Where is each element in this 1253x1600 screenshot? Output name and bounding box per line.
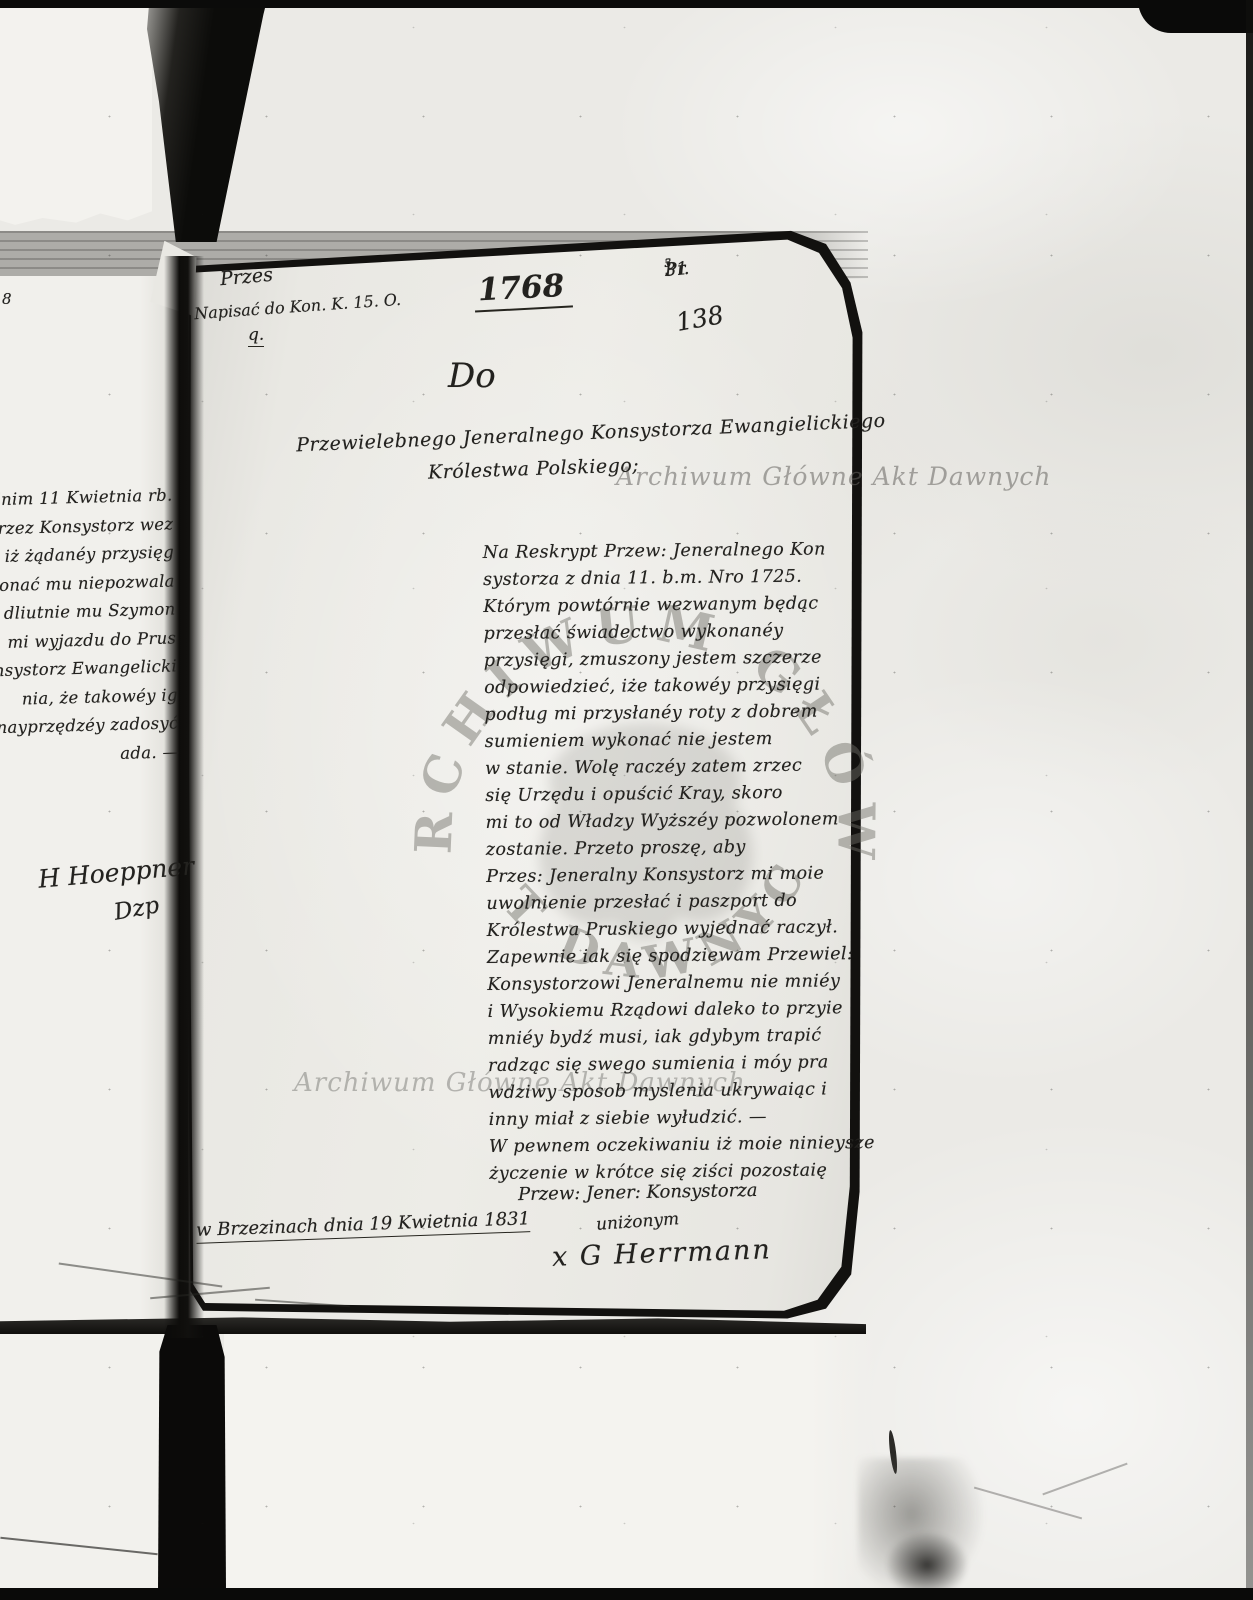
handwritten-line: w stanie. Wolę raczéy zatem zrzec [485, 752, 871, 783]
handwritten-line: inny miał z siebie wyłudzić. — [489, 1103, 875, 1134]
handwritten-line: Konsystorzowi Jeneralnemu nie mniéy [487, 968, 873, 999]
archive-watermark-text: Archiwum Główne Akt Dawnych [616, 462, 1052, 491]
left-page-mark: 8 [2, 290, 12, 308]
handwritten-line: podług mi przysłanéy roty z dobrem [484, 698, 870, 729]
handwritten-line: przysięgi, zmuszony jestem szczerze [484, 644, 870, 675]
left-page-lines: dnim 11 Kwietnia rb.przez Konsystorz wez… [0, 481, 180, 775]
handwritten-line: Którym powtórnie wezwanym będąc [483, 590, 869, 621]
bottom-left-page-fragment [0, 1331, 164, 1589]
reference-year: 31 [664, 258, 689, 281]
registrar-note-line3: q. [248, 325, 264, 347]
left-page-fragment [0, 276, 179, 1330]
handwritten-line: mniéy bydź musi, iak gdybym trapić [488, 1022, 874, 1053]
handwritten-line: zostanie. Przeto proszę, aby [486, 833, 872, 864]
handwritten-line: radząc się swego sumienia i móy pra [488, 1049, 874, 1080]
archival-scan: • ARCHIWUM GŁÓWNE AKT DAWNYCH Archiwum G… [0, 0, 1253, 1600]
document-number: 1768 [473, 267, 573, 312]
handwritten-line: Zapewnie iak się spodziewam Przewiel: [487, 941, 873, 972]
photo-frame-top [0, 0, 1253, 8]
letter-body: Na Reskrypt Przew: Jeneralnego Konsystor… [483, 536, 876, 1188]
handwritten-line: mi to od Władzy Wyższéy pozwolonem [485, 806, 871, 837]
top-left-page-fragment [0, 6, 152, 234]
handwritten-line: się Urzędu i opuścić Kray, skoro [485, 779, 871, 810]
handwritten-line: wdziwy sposob myslenia ukrywaiąc i [488, 1076, 874, 1107]
photo-frame-right [1246, 0, 1253, 1600]
handwritten-line: przesłać świadectwo wykonanéy [483, 617, 869, 648]
letter-closing-formula: Przew: Jener: Konsystorza [518, 1180, 758, 1205]
photo-frame-bottom [0, 1588, 1253, 1600]
registrar-note-line1: Przes [219, 264, 274, 291]
center-gutter-shadow [164, 256, 204, 1338]
handwritten-line: Przes: Jeneralny Konsystorz mi moie [486, 860, 872, 891]
bottom-gutter-shadow [158, 1325, 226, 1591]
photo-frame-corner-blob [1138, 0, 1253, 33]
handwritten-line: uwolnienie przesłać i paszport do [486, 887, 872, 918]
bottom-middle-page-fragment [224, 1332, 876, 1588]
handwritten-line: i Wysokiemu Rządowi daleko to przyie [487, 995, 873, 1026]
letter-salutation: Do [448, 356, 496, 396]
handwritten-line: Królestwa Pruskiego wyjednać raczył. [487, 914, 873, 945]
handwritten-line: sumieniem wykonać nie jestem [485, 725, 871, 756]
handwritten-line: odpowiedzieć, iże takowéy przysięgi [484, 671, 870, 702]
handwritten-line: W pewnem oczekiwaniu iż moie ninieysze [489, 1130, 875, 1161]
handwritten-line: Na Reskrypt Przew: Jeneralnego Kon [483, 536, 869, 567]
handwritten-line: systorza z dnia 11. b.m. Nro 1725. [483, 563, 869, 594]
